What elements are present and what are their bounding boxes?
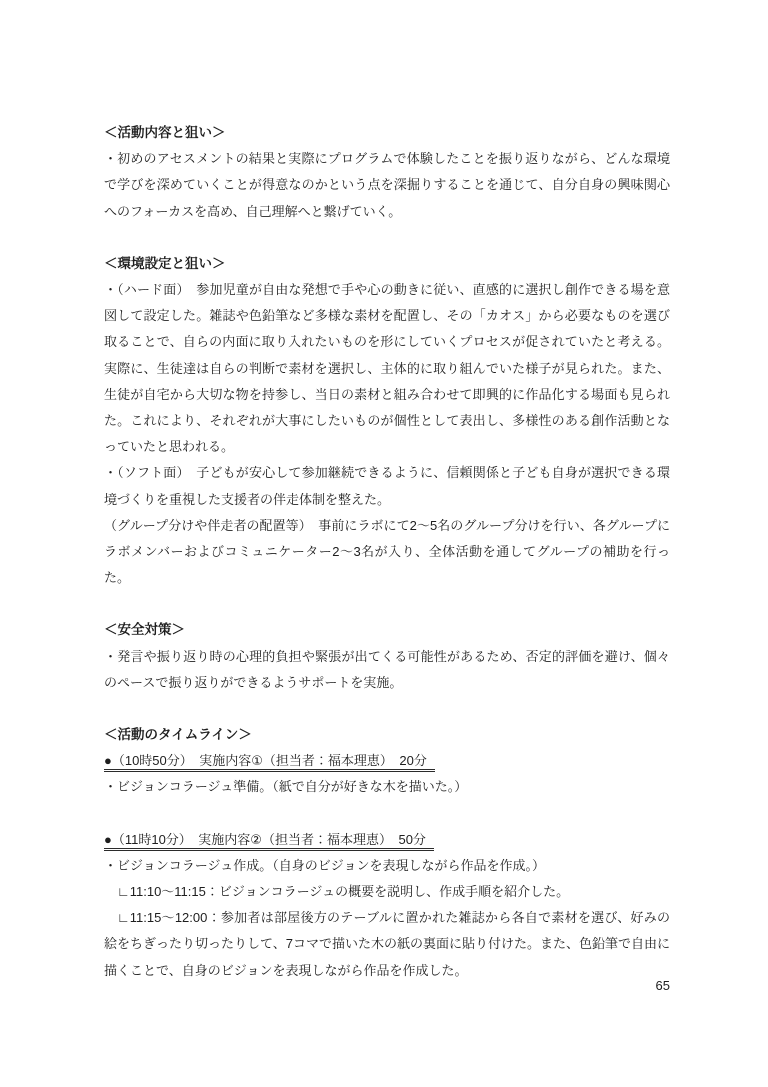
timeline-sub-item: ∟11:15～12:00：参加者は部屋後方のテーブルに置かれた雑誌から各自で素材…: [104, 905, 670, 984]
page-number: 65: [656, 976, 670, 996]
timeline-item: ・ビジョンコラージュ作成。（自身のビジョンを表現しながら作品を作成。）: [104, 853, 670, 879]
paragraph: ・初めのアセスメントの結果と実際にプログラムで体験したことを振り返りながら、どん…: [104, 146, 670, 225]
timeline-entry-title-line: ●（10時50分） 実施内容①（担当者：福本理恵） 20分: [104, 748, 670, 774]
section-activity-content: ＜活動内容と狙い＞ ・初めのアセスメントの結果と実際にプログラムで体験したことを…: [104, 120, 670, 225]
paragraph: ・（ソフト面） 子どもが安心して参加継続できるように、信頼関係と子ども自身が選択…: [104, 460, 670, 512]
document-content: ＜活動内容と狙い＞ ・初めのアセスメントの結果と実際にプログラムで体験したことを…: [104, 120, 670, 984]
document-page: ＜活動内容と狙い＞ ・初めのアセスメントの結果と実際にプログラムで体験したことを…: [0, 0, 768, 1087]
section-safety-measures: ＜安全対策＞ ・発言や振り返り時の心理的負担や緊張が出てくる可能性があるため、否…: [104, 617, 670, 696]
paragraph: ・発言や振り返り時の心理的負担や緊張が出てくる可能性があるため、否定的評価を避け…: [104, 644, 670, 696]
timeline-item: ・ビジョンコラージュ準備。（紙で自分が好きな木を描いた。）: [104, 774, 670, 800]
timeline-entry-title: ●（10時50分） 実施内容①（担当者：福本理恵） 20分: [104, 753, 435, 772]
section-heading: ＜活動内容と狙い＞: [104, 120, 670, 146]
timeline-entry-title-line: ●（11時10分） 実施内容②（担当者：福本理恵） 50分: [104, 827, 670, 853]
paragraph: ・（ハード面） 参加児童が自由な発想で手や心の動きに従い、直感的に選択し創作でき…: [104, 277, 670, 460]
timeline-entry: ●（10時50分） 実施内容①（担当者：福本理恵） 20分 ・ビジョンコラージュ…: [104, 748, 670, 800]
section-heading: ＜安全対策＞: [104, 617, 670, 643]
timeline-sub-item: ∟11:10～11:15：ビジョンコラージュの概要を説明し、作成手順を紹介した。: [104, 879, 670, 905]
timeline-entry-title: ●（11時10分） 実施内容②（担当者：福本理恵） 50分: [104, 832, 434, 851]
section-environment-setup: ＜環境設定と狙い＞ ・（ハード面） 参加児童が自由な発想で手や心の動きに従い、直…: [104, 251, 670, 592]
timeline-entry: ●（11時10分） 実施内容②（担当者：福本理恵） 50分 ・ビジョンコラージュ…: [104, 827, 670, 984]
section-activity-timeline: ＜活動のタイムライン＞ ●（10時50分） 実施内容①（担当者：福本理恵） 20…: [104, 722, 670, 984]
paragraph: （グループ分けや伴走者の配置等） 事前にラボにて2～5名のグループ分けを行い、各…: [104, 513, 670, 592]
section-heading: ＜活動のタイムライン＞: [104, 722, 670, 748]
section-heading: ＜環境設定と狙い＞: [104, 251, 670, 277]
